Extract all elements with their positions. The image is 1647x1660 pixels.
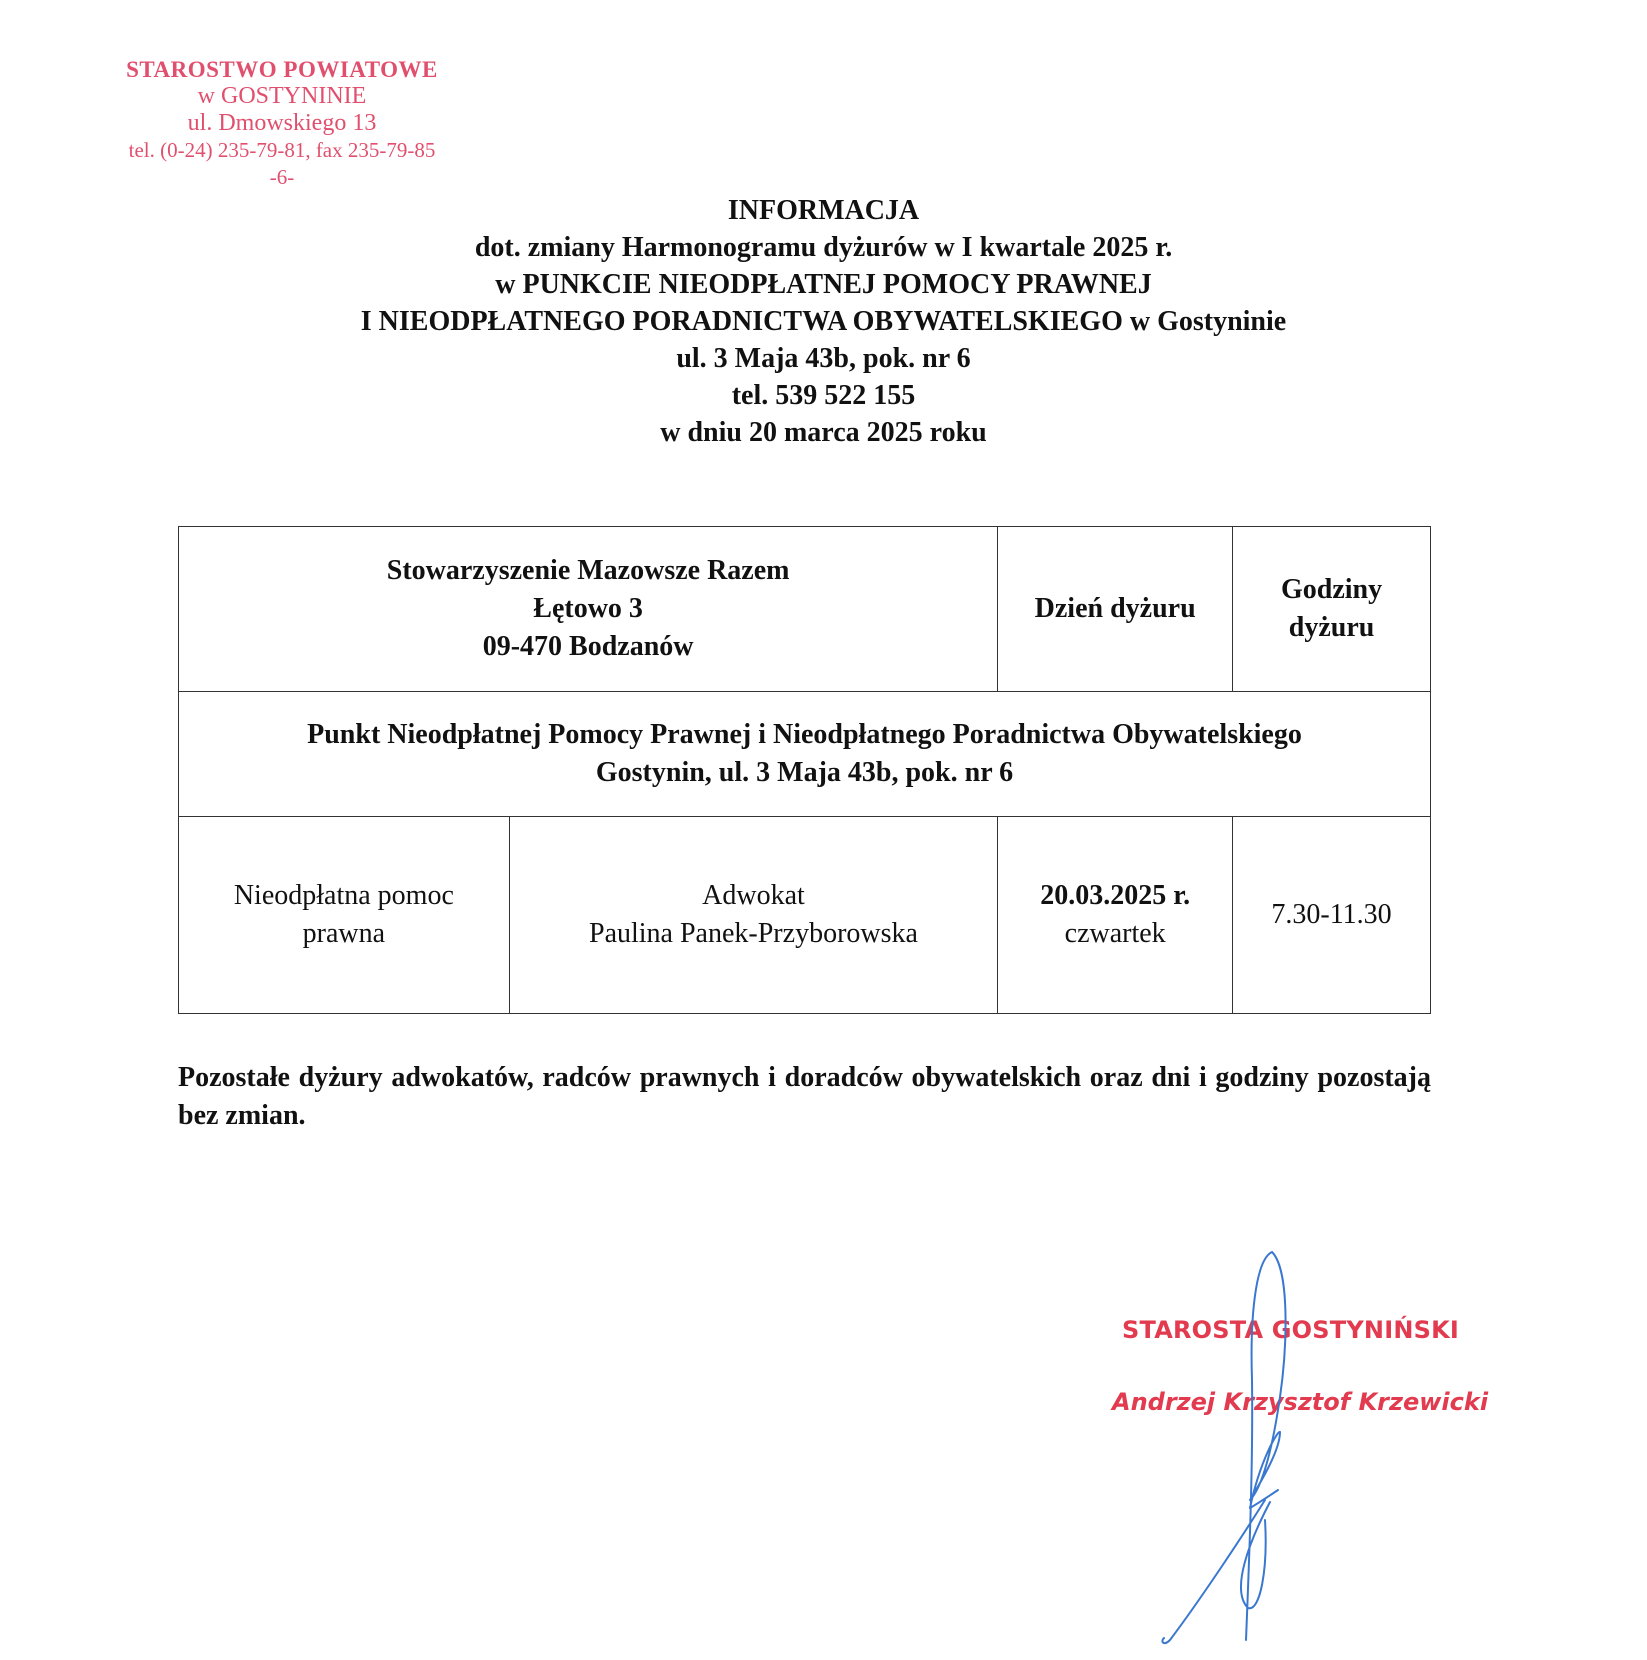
- organization-cell: Stowarzyszenie Mazowsze Razem Łętowo 3 0…: [179, 527, 998, 692]
- stamp-line: w GOSTYNINIE: [92, 83, 472, 110]
- location-line: Gostynin, ul. 3 Maja 43b, pok. nr 6: [187, 754, 1422, 792]
- closing-note: Pozostałe dyżury adwokatów, radców prawn…: [178, 1059, 1431, 1135]
- heading-line: tel. 539 522 155: [0, 377, 1647, 414]
- handwritten-signature-icon: [1100, 1240, 1300, 1650]
- location-row: Punkt Nieodpłatnej Pomocy Prawnej i Nieo…: [179, 692, 1431, 817]
- hours-header: Godziny dyżuru: [1233, 527, 1431, 692]
- stamp-line: -6-: [92, 164, 472, 191]
- office-stamp: STAROSTWO POWIATOWE w GOSTYNINIE ul. Dmo…: [92, 56, 472, 191]
- stamp-line: ul. Dmowskiego 13: [92, 110, 472, 137]
- document-heading: INFORMACJA dot. zmiany Harmonogramu dyżu…: [0, 192, 1647, 451]
- heading-line: I NIEODPŁATNEGO PORADNICTWA OBYWATELSKIE…: [0, 303, 1647, 340]
- hours-header-line: dyżuru: [1241, 609, 1422, 647]
- location-cell: Punkt Nieodpłatnej Pomocy Prawnej i Nieo…: [179, 692, 1431, 817]
- hours-cell: 7.30-11.30: [1233, 817, 1431, 1014]
- service-line: prawna: [187, 915, 501, 953]
- organization-address: Łętowo 3: [187, 590, 989, 628]
- heading-line: dot. zmiany Harmonogramu dyżurów w I kwa…: [0, 229, 1647, 266]
- organization-name: Stowarzyszenie Mazowsze Razem: [187, 552, 989, 590]
- location-line: Punkt Nieodpłatnej Pomocy Prawnej i Nieo…: [187, 716, 1422, 754]
- schedule-table: Stowarzyszenie Mazowsze Razem Łętowo 3 0…: [178, 526, 1431, 1014]
- organization-postcode: 09-470 Bodzanów: [187, 628, 989, 666]
- heading-title: INFORMACJA: [0, 192, 1647, 229]
- day-header: Dzień dyżuru: [998, 527, 1233, 692]
- heading-line: ul. 3 Maja 43b, pok. nr 6: [0, 340, 1647, 377]
- stamp-line: tel. (0-24) 235-79-81, fax 235-79-85: [92, 137, 472, 164]
- service-cell: Nieodpłatna pomoc prawna: [179, 817, 510, 1014]
- hours-header-line: Godziny: [1241, 571, 1422, 609]
- duty-date: 20.03.2025 r.: [1006, 877, 1224, 915]
- person-name: Paulina Panek-Przyborowska: [518, 915, 990, 953]
- table-header-row: Stowarzyszenie Mazowsze Razem Łętowo 3 0…: [179, 527, 1431, 692]
- table-row: Nieodpłatna pomoc prawna Adwokat Paulina…: [179, 817, 1431, 1014]
- heading-line: w PUNKCIE NIEODPŁATNEJ POMOCY PRAWNEJ: [0, 266, 1647, 303]
- heading-line: w dniu 20 marca 2025 roku: [0, 414, 1647, 451]
- person-role: Adwokat: [518, 877, 990, 915]
- duty-weekday: czwartek: [1006, 915, 1224, 953]
- date-cell: 20.03.2025 r. czwartek: [998, 817, 1233, 1014]
- person-cell: Adwokat Paulina Panek-Przyborowska: [509, 817, 998, 1014]
- stamp-line: STAROSTWO POWIATOWE: [92, 56, 472, 83]
- service-line: Nieodpłatna pomoc: [187, 877, 501, 915]
